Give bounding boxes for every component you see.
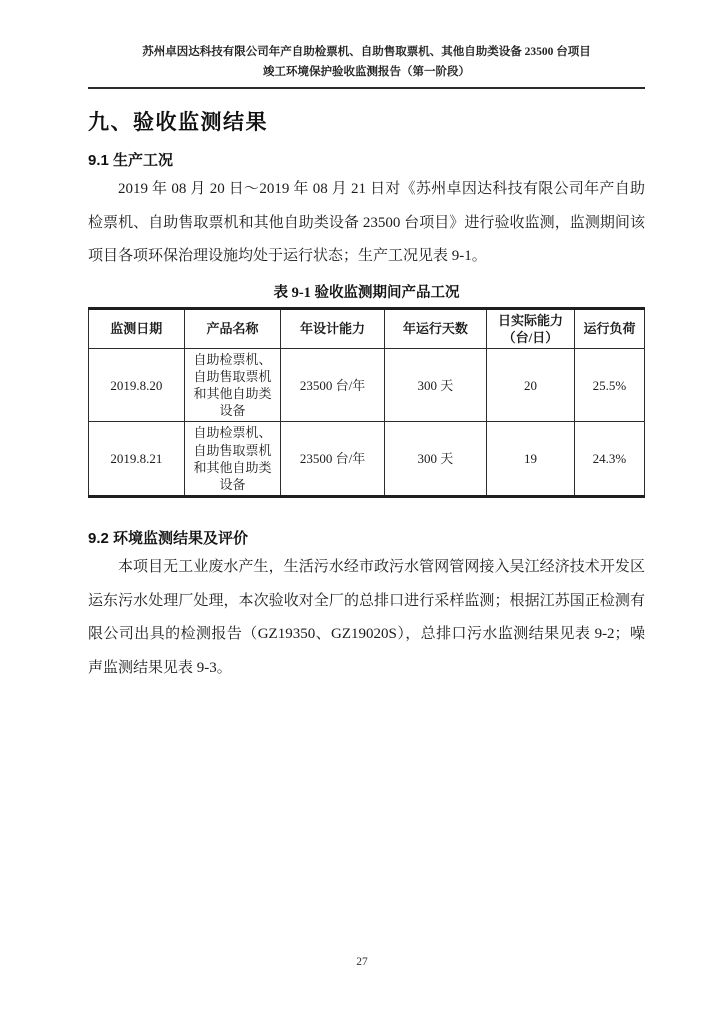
cell-design-capacity: 23500 台/年 — [281, 422, 384, 497]
table-header-row: 监测日期 产品名称 年设计能力 年运行天数 日实际能力 （台/日） 运行负荷 — [89, 308, 645, 348]
cell-load: 24.3% — [574, 422, 644, 497]
header-cell-load: 运行负荷 — [574, 308, 644, 348]
running-header: 苏州卓因达科技有限公司年产自助检票机、自助售取票机、其他自助类设备 23500 … — [88, 44, 645, 89]
header-cell-operating-days: 年运行天数 — [384, 308, 486, 348]
cell-load: 25.5% — [574, 348, 644, 422]
page-number: 27 — [0, 956, 724, 968]
header-cell-monitor-date: 监测日期 — [89, 308, 185, 348]
section-9-2-paragraph: 本项目无工业废水产生，生活污水经市政污水管网管网接入吴江经济技术开发区运东污水处… — [88, 551, 645, 685]
section-9-1-paragraph: 2019 年 08 月 20 日～2019 年 08 月 21 日对《苏州卓因达… — [88, 173, 645, 274]
cell-operating-days: 300 天 — [384, 348, 486, 422]
chapter-title: 九、验收监测结果 — [88, 106, 645, 136]
cell-date: 2019.8.20 — [89, 348, 185, 422]
header-cell-daily-capacity: 日实际能力 （台/日） — [487, 308, 575, 348]
cell-date: 2019.8.21 — [89, 422, 185, 497]
cell-product: 自助检票机、自助售取票机和其他自助类设备 — [184, 422, 281, 497]
cell-operating-days: 300 天 — [384, 422, 486, 497]
cell-daily-capacity: 20 — [487, 348, 575, 422]
production-status-table: 监测日期 产品名称 年设计能力 年运行天数 日实际能力 （台/日） 运行负荷 2… — [88, 307, 645, 499]
running-header-line1: 苏州卓因达科技有限公司年产自助检票机、自助售取票机、其他自助类设备 23500 … — [88, 44, 645, 61]
table-row: 2019.8.20 自助检票机、自助售取票机和其他自助类设备 23500 台/年… — [89, 348, 645, 422]
header-divider — [88, 87, 645, 89]
table-9-1-title: 表 9-1 验收监测期间产品工况 — [88, 281, 645, 302]
running-header-line2: 竣工环境保护验收监测报告（第一阶段） — [88, 64, 645, 81]
cell-product: 自助检票机、自助售取票机和其他自助类设备 — [184, 348, 281, 422]
header-cell-product-name: 产品名称 — [184, 308, 281, 348]
table-row: 2019.8.21 自助检票机、自助售取票机和其他自助类设备 23500 台/年… — [89, 422, 645, 497]
section-heading-9-1: 9.1 生产工况 — [88, 149, 645, 170]
report-page: 苏州卓因达科技有限公司年产自助检票机、自助售取票机、其他自助类设备 23500 … — [0, 0, 724, 1024]
cell-daily-capacity: 19 — [487, 422, 575, 497]
header-cell-design-capacity: 年设计能力 — [281, 308, 384, 348]
cell-design-capacity: 23500 台/年 — [281, 348, 384, 422]
section-heading-9-2: 9.2 环境监测结果及评价 — [88, 527, 645, 548]
